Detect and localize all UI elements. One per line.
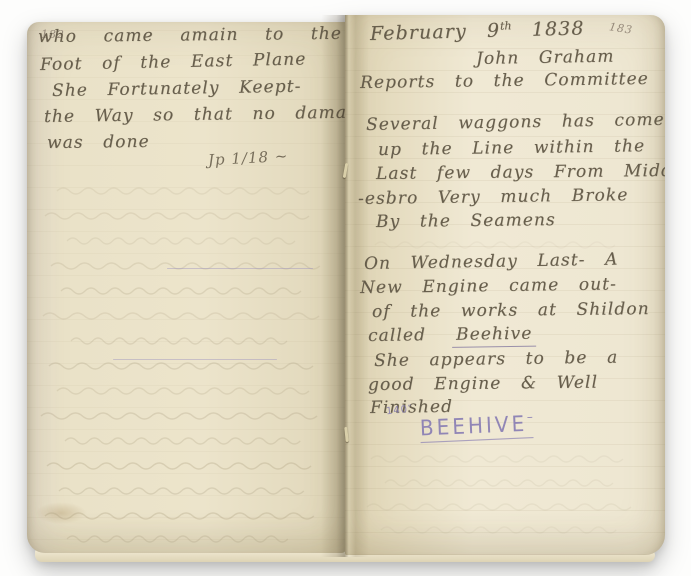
bleedthrough-writing-left xyxy=(27,22,347,553)
violet-bleed-underline xyxy=(167,268,313,269)
date-ordinal: th xyxy=(500,19,512,32)
date-month-day: February 9 xyxy=(370,20,501,45)
left-page: 182 who came amain to the Foot of the Ea… xyxy=(27,22,347,553)
manuscript-line: Reports to the Committee xyxy=(360,71,649,92)
violet-annotation-beehive: BEEHIVE– xyxy=(419,409,533,443)
manuscript-line: who came amain to the xyxy=(38,26,342,46)
manuscript-line: of the works at Shildon xyxy=(372,301,650,321)
manuscript-line: was done xyxy=(47,134,150,152)
manuscript-line: By the Seamens xyxy=(376,212,556,231)
manuscript-line: She appears to be a xyxy=(374,350,618,370)
manuscript-line: Last few days From Middl xyxy=(376,163,665,183)
page-number-right: 183 xyxy=(608,21,633,36)
manuscript-line: On Wednesday Last- A xyxy=(364,252,619,273)
date-year: 1838 xyxy=(531,17,584,40)
manuscript-line: Several waggons has comed xyxy=(366,112,665,134)
engine-name: Beehive xyxy=(452,324,537,348)
violet-bleed-underline xyxy=(113,359,277,360)
attribution-line: John Graham xyxy=(476,49,615,68)
violet-annotation-suffix: – xyxy=(527,409,534,424)
ruled-lines-left xyxy=(27,22,347,553)
signature-mark: Jp 1/18 ~ xyxy=(208,149,289,168)
manuscript-line: up the Line within the xyxy=(378,138,645,159)
called-line: calledBeehive xyxy=(368,326,537,345)
manuscript-line: New Engine came out- xyxy=(360,276,617,297)
manuscript-line: -esbro Very much Broke xyxy=(358,187,629,208)
manuscript-line: She Fortunately Keept- xyxy=(52,79,302,100)
violet-annotation-name: BEEHIVE xyxy=(419,410,527,441)
paper-stain xyxy=(35,502,87,524)
manuscript-line: good Engine & Well xyxy=(368,375,598,394)
called-word: called xyxy=(368,325,426,346)
manuscript-line: Foot of the East Plane xyxy=(40,51,307,74)
right-page: 183 February 9th 1838 John Graham Report… xyxy=(345,15,665,555)
scan-background: 182 who came amain to the Foot of the Ea… xyxy=(0,0,691,576)
manuscript-line: the Way so that no damage xyxy=(44,104,347,126)
date-line: February 9th 1838 xyxy=(370,18,585,44)
open-journal: 182 who came amain to the Foot of the Ea… xyxy=(27,15,665,557)
